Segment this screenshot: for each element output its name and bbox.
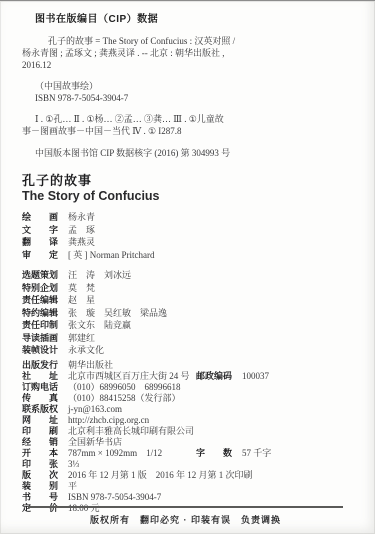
cip-line: 孔子的故事 = The Story of Confucius : 汉英对照 / (22, 35, 347, 47)
credit-value: 赵 星 (68, 295, 95, 305)
publishing-row: 印 刷北京利丰雅高长城印刷有限公司 (22, 426, 347, 437)
book-isbn: ISBN 978-7-5054-3904-7 (68, 492, 161, 502)
publishing-value: 787mm × 1092mm 1/12 (68, 448, 162, 458)
credit-value: 莫 梵 (68, 283, 95, 293)
page-footer: 版权所有 翻印必究 · 印装有误 负责调换 (28, 506, 343, 526)
cip-line: 事－图画故事－中国－当代 Ⅳ . ① I287.8 (22, 125, 347, 137)
credit-value: 张 璇 吴红敏 梁品逸 (68, 308, 167, 318)
publishing-block: 出版发行朝华出版社 社 址北京市西城区百万庄大街 24 号邮政编码100037 … (22, 360, 347, 514)
publishing-value: 北京市西城区百万庄大街 24 号 (68, 371, 190, 381)
publisher-website: http://zhcb.cipg.org.cn (68, 415, 149, 425)
publishing-row: 社 址北京市西城区百万庄大街 24 号邮政编码100037 (22, 371, 347, 382)
credit-row: 文 字孟 琢 (22, 224, 347, 237)
postal-code-pair: 邮政编码100037 (196, 371, 269, 382)
publishing-label: 经 销 (22, 437, 68, 448)
credit-row: 审 定[ 英 ] Norman Pritchard (22, 249, 347, 262)
title-block: 孔子的故事 The Story of Confucius (22, 173, 347, 204)
publishing-label: 传 真 (22, 393, 68, 404)
copyright-contact-email: j-yn@163.com (68, 404, 122, 414)
publishing-row: 联系版权j-yn@163.com (22, 404, 347, 415)
publishing-label: 订购电话 (22, 382, 68, 393)
credit-value: 孟 琢 (68, 225, 95, 235)
credit-label: 导读插画 (22, 332, 68, 345)
footer-divider (28, 506, 343, 508)
publishing-label: 书 号 (22, 492, 68, 503)
credit-row: 翻 译龚燕灵 (22, 236, 347, 249)
credit-row: 导读插画郭建红 (22, 332, 347, 345)
cip-record-number: 中国版本图书馆 CIP 数据核字 (2016) 第 304993 号 (35, 147, 347, 159)
publishing-label: 社 址 (22, 371, 68, 382)
publishing-label: 字 数 (196, 448, 242, 459)
credit-row: 特别企划莫 梵 (22, 282, 347, 295)
publishing-value: （010）68996050 68996618 (68, 382, 181, 392)
publishing-value: 全国新华书店 (68, 437, 122, 447)
credit-value: 杨永青 (68, 212, 95, 222)
credit-row: 装帧设计永承文化 (22, 344, 347, 357)
credit-value: 郭建红 (68, 333, 95, 343)
publishing-value: 2016 年 12 月第 1 版 2016 年 12 月第 1 次印刷 (68, 470, 253, 480)
publishing-row: 传 真（010）88415258（发行部） (22, 393, 347, 404)
credit-label: 特别企划 (22, 282, 68, 295)
publishing-label: 版 次 (22, 470, 68, 481)
publishing-value: 朝华出版社 (68, 360, 113, 370)
publishing-row: 经 销全国新华书店 (22, 437, 347, 448)
book-title-en: The Story of Confucius (22, 188, 347, 204)
credits-block-1: 绘 画杨永青 文 字孟 琢 翻 译龚燕灵 审 定[ 英 ] Norman Pri… (22, 211, 347, 261)
credit-value: 汪 涛 刘冰远 (68, 270, 131, 280)
publishing-row: 版 次2016 年 12 月第 1 版 2016 年 12 月第 1 次印刷 (22, 470, 347, 481)
credit-row: 责任编辑赵 星 (22, 294, 347, 307)
cip-series: （中国故事绘） (22, 80, 347, 92)
cip-classification: Ⅰ . ①孔… Ⅱ . ①杨… ②孟… ③龚… Ⅲ . ①儿童故 事－图画故事－… (22, 113, 347, 137)
word-count-pair: 字 数57 千字 (196, 448, 271, 459)
publishing-row: 订购电话（010）68996050 68996618 (22, 382, 347, 393)
cip-isbn: ISBN 978-7-5054-3904-7 (22, 92, 347, 104)
publishing-value: （010）88415258（发行部） (68, 393, 181, 403)
publishing-row: 装 别平 (22, 481, 347, 492)
credit-row: 特约编辑张 璇 吴红敏 梁品逸 (22, 307, 347, 320)
credit-row: 责任印制张文东 陆竞赢 (22, 319, 347, 332)
publishing-value: 北京利丰雅高长城印刷有限公司 (68, 426, 194, 436)
credit-row: 绘 画杨永青 (22, 211, 347, 224)
copyright-notice: 版权所有 翻印必究 · 印装有误 负责调换 (28, 513, 343, 526)
publishing-label: 开 本 (22, 448, 68, 459)
publishing-label: 联系版权 (22, 404, 68, 415)
cip-description: 孔子的故事 = The Story of Confucius : 汉英对照 / … (22, 35, 347, 71)
cip-line: Ⅰ . ①孔… Ⅱ . ①杨… ②孟… ③龚… Ⅲ . ①儿童故 (22, 113, 347, 125)
credit-label: 责任印制 (22, 319, 68, 332)
cip-heading: 图书在版编目（CIP）数据 (35, 14, 347, 26)
credit-label: 翻 译 (22, 236, 68, 249)
publishing-label: 邮政编码 (196, 371, 242, 382)
credit-label: 文 字 (22, 224, 68, 237)
publishing-row: 书 号ISBN 978-7-5054-3904-7 (22, 492, 347, 503)
cip-series-isbn: （中国故事绘） ISBN 978-7-5054-3904-7 (22, 80, 347, 104)
publishing-label: 装 别 (22, 481, 68, 492)
credit-value: [ 英 ] Norman Pritchard (68, 250, 154, 260)
publishing-label: 出版发行 (22, 360, 68, 371)
credit-value: 张文东 陆竞赢 (68, 320, 131, 330)
publishing-label: 印 张 (22, 459, 68, 470)
credit-label: 审 定 (22, 249, 68, 262)
publishing-row: 出版发行朝华出版社 (22, 360, 347, 371)
publishing-row: 网 址http://zhcb.cipg.org.cn (22, 415, 347, 426)
credit-label: 选题策划 (22, 269, 68, 282)
publishing-label: 印 刷 (22, 426, 68, 437)
credit-value: 龚燕灵 (68, 237, 95, 247)
credit-label: 特约编辑 (22, 307, 68, 320)
cip-line: 2016.12 (22, 59, 347, 71)
credit-label: 装帧设计 (22, 344, 68, 357)
publishing-row: 印 张3⅓ (22, 459, 347, 470)
publishing-label: 网 址 (22, 415, 68, 426)
publishing-row: 开 本787mm × 1092mm 1/12字 数57 千字 (22, 448, 347, 459)
publishing-value: 3⅓ (68, 459, 79, 469)
copyright-page: 图书在版编目（CIP）数据 孔子的故事 = The Story of Confu… (0, 0, 375, 534)
publishing-value: 平 (68, 481, 77, 491)
credit-row: 选题策划汪 涛 刘冰远 (22, 269, 347, 282)
cip-line: 杨永青图 ; 孟琢文 ; 龚燕灵译 . -- 北京 : 朝华出版社 , (22, 47, 347, 59)
credit-label: 绘 画 (22, 211, 68, 224)
book-title-zh: 孔子的故事 (22, 173, 347, 188)
publishing-value: 57 千字 (242, 448, 271, 458)
credit-value: 永承文化 (68, 345, 104, 355)
publishing-value: 100037 (242, 371, 269, 381)
credits-block-2: 选题策划汪 涛 刘冰远 特别企划莫 梵 责任编辑赵 星 特约编辑张 璇 吴红敏 … (22, 269, 347, 357)
credit-label: 责任编辑 (22, 294, 68, 307)
